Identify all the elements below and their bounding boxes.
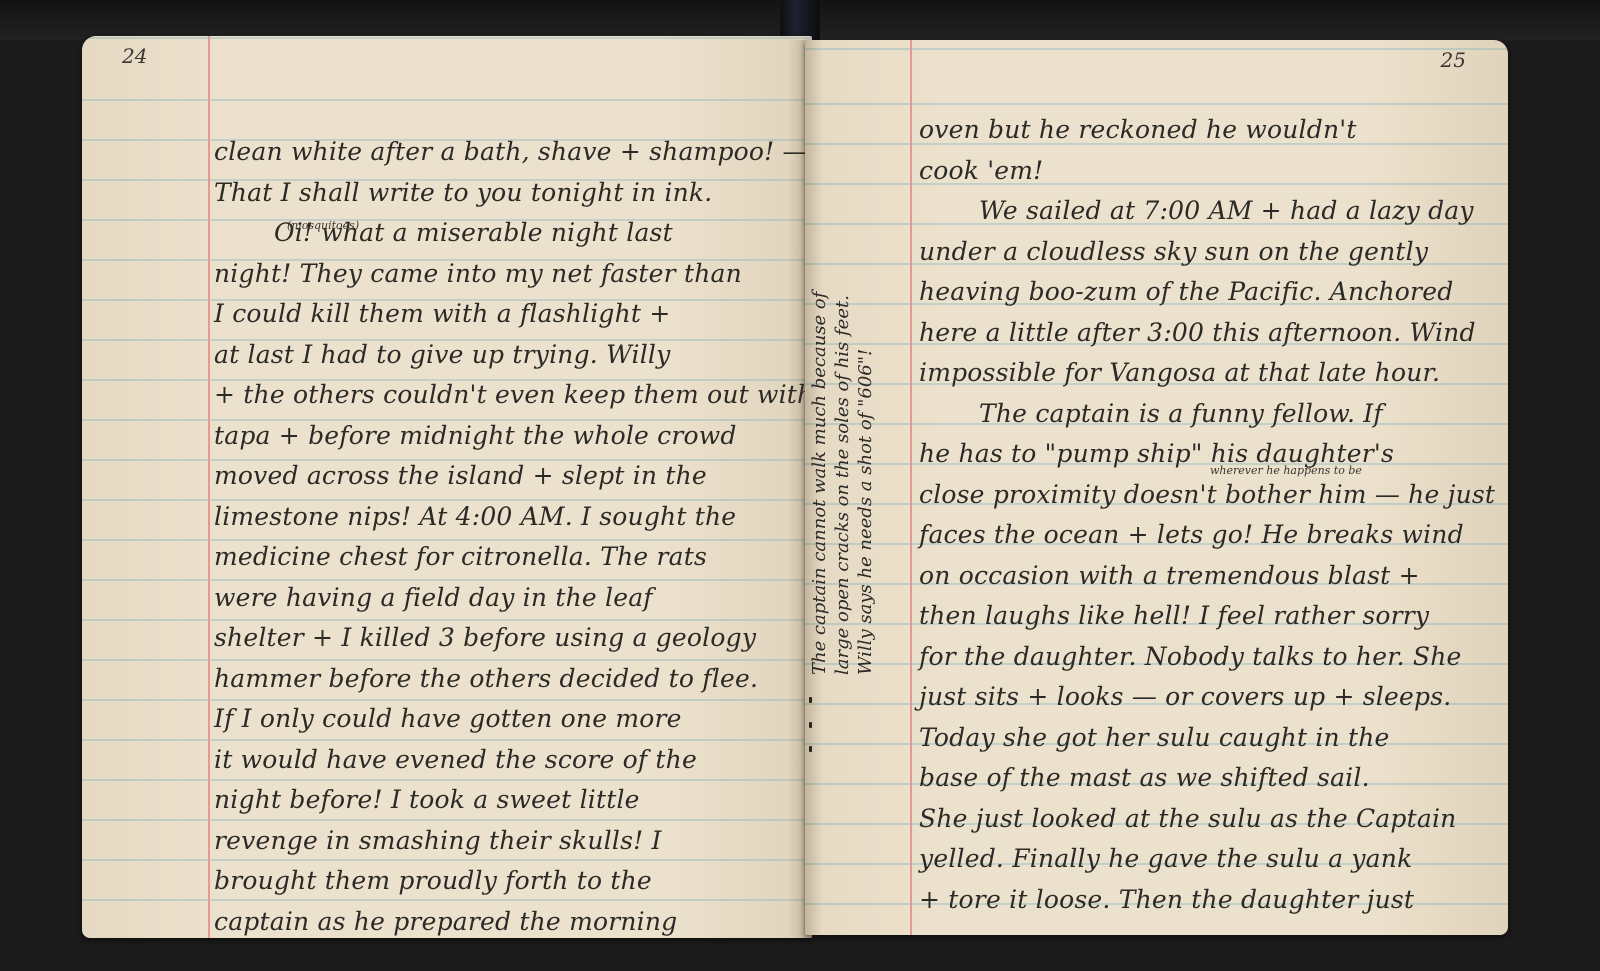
text-line: at last I had to give up trying. Willy [214,335,804,376]
page-number: 24 [122,44,147,68]
text-line: oven but he reckoned he wouldn't [919,110,1489,151]
text-line: he has to "pump ship" his daughter's [919,434,1489,475]
binding-stitch [809,697,812,703]
interlinear-insert: wherever he happens to be [1210,464,1362,477]
text-line: it would have evened the score of the [214,740,804,781]
text-line: night! They came into my net faster than [214,254,804,295]
text-line: for the daughter. Nobody talks to her. S… [919,637,1489,678]
text-line: heaving boo-zum of the Pacific. Anchored [919,272,1489,313]
text-line: close proximity doesn't bother him — he … [919,475,1489,516]
binding-stitch [809,746,812,752]
text-line: under a cloudless sky sun on the gently [919,232,1489,273]
text-line: She just looked at the sulu as the Capta… [919,799,1489,840]
text-line: cook 'em! [919,151,1489,192]
text-line: We sailed at 7:00 AM + had a lazy day [919,191,1489,232]
text-line: I could kill them with a flashlight + [214,294,804,335]
text-line: night before! I took a sweet little [214,780,804,821]
page-number: 25 [1441,48,1466,72]
text-line: That I shall write to you tonight in ink… [214,173,804,214]
text-line: on occasion with a tremendous blast + [919,556,1489,597]
text-line: base of the mast as we shifted sail. [919,758,1489,799]
text-line: faces the ocean + lets go! He breaks win… [919,515,1489,556]
text-line: brought them proudly forth to the [214,861,804,902]
text-line: + the others couldn't even keep them out… [214,375,804,416]
margin-note: The captain cannot walk much because of … [808,292,877,675]
left-page: 24 clean white after a bath, shave + sha… [82,36,812,938]
text-line: impossible for Vangosa at that late hour… [919,353,1489,394]
text-line: here a little after 3:00 this afternoon.… [919,313,1489,354]
binding-stitch [809,722,812,728]
text-line: Today she got her sulu caught in the [919,718,1489,759]
text-line: tapa + before midnight the whole crowd [214,416,804,457]
margin-line [208,36,210,938]
margin-note-line: Willy says he needs a shot of "606"! [854,292,877,675]
text-line: The captain is a funny fellow. If [919,394,1489,435]
text-line: yelled. Finally he gave the sulu a yank [919,839,1489,880]
text-line: were having a field day in the leaf [214,578,804,619]
margin-line [910,40,912,935]
handwritten-text: clean white after a bath, shave + shampo… [214,132,804,942]
right-page: 25 oven but he reckoned he wouldn't cook… [805,40,1508,935]
handwritten-text: oven but he reckoned he wouldn't cook 'e… [919,110,1489,920]
text-line: hammer before the others decided to flee… [214,659,804,700]
text-line: shelter + I killed 3 before using a geol… [214,618,804,659]
text-line: medicine chest for citronella. The rats [214,537,804,578]
text-line: If I only could have gotten one more [214,699,804,740]
text-line: captain as he prepared the morning [214,902,804,943]
margin-note-line: The captain cannot walk much because of [808,292,831,675]
margin-note-line: large open cracks on the soles of his fe… [831,292,854,675]
text-line: then laughs like hell! I feel rather sor… [919,596,1489,637]
interlinear-insert: (mosquitoes) [287,219,359,232]
text-line: revenge in smashing their skulls! I [214,821,804,862]
text-line: clean white after a bath, shave + shampo… [214,132,804,173]
text-line: limestone nips! At 4:00 AM. I sought the [214,497,804,538]
text-line: + tore it loose. Then the daughter just [919,880,1489,921]
text-line: just sits + looks — or covers up + sleep… [919,677,1489,718]
text-line: moved across the island + slept in the [214,456,804,497]
